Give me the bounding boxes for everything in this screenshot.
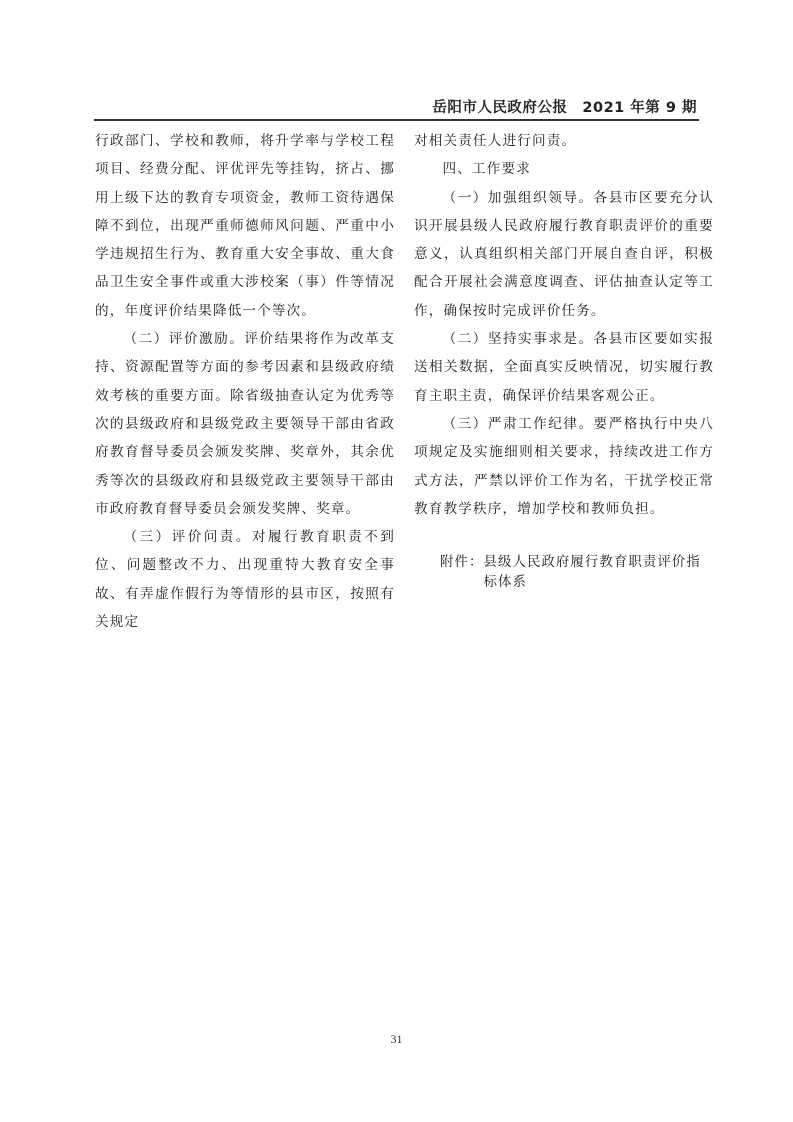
section-heading: 四、工作要求 — [414, 155, 714, 183]
bulletin-title: 岳阳市人民政府公报 2021 年第 9 期 — [432, 96, 697, 117]
paragraph: 行政部门、学校和教师，将升学率与学校工程项目、经费分配、评优评先等挂钩，挤占、挪… — [95, 127, 395, 325]
paragraph: （二）坚持实事求是。各县市区要如实报送相关数据，全面真实反映情况，切实履行教育主… — [414, 325, 714, 410]
attachment-label: 附件： — [440, 553, 483, 593]
paragraph: （三）严肃工作纪律。要严格执行中央八项规定及实施细则相关要求，持续改进工作方式方… — [414, 410, 714, 523]
left-column: 行政部门、学校和教师，将升学率与学校工程项目、经费分配、评优评先等挂钩，挤占、挪… — [95, 127, 395, 636]
paragraph: （一）加强组织领导。各县市区要充分认识开展县级人民政府履行教育职责评价的重要意义… — [414, 184, 714, 325]
right-column: 对相关责任人进行问责。 四、工作要求 （一）加强组织领导。各县市区要充分认识开展… — [414, 127, 714, 523]
page-number: 31 — [0, 1032, 793, 1047]
attachment-title: 县级人民政府履行教育职责评价指标体系 — [483, 553, 715, 593]
paragraph: （二）评价激励。评价结果将作为改革支持、资源配置等方面的参考因素和县级政府绩效考… — [95, 325, 395, 523]
attachment-note: 附件： 县级人民政府履行教育职责评价指标体系 — [440, 553, 715, 593]
paragraph: 对相关责任人进行问责。 — [414, 127, 714, 155]
header-divider — [94, 119, 699, 121]
paragraph: （三）评价问责。对履行教育职责不到位、问题整改不力、出现重特大教育安全事故、有弄… — [95, 523, 395, 636]
